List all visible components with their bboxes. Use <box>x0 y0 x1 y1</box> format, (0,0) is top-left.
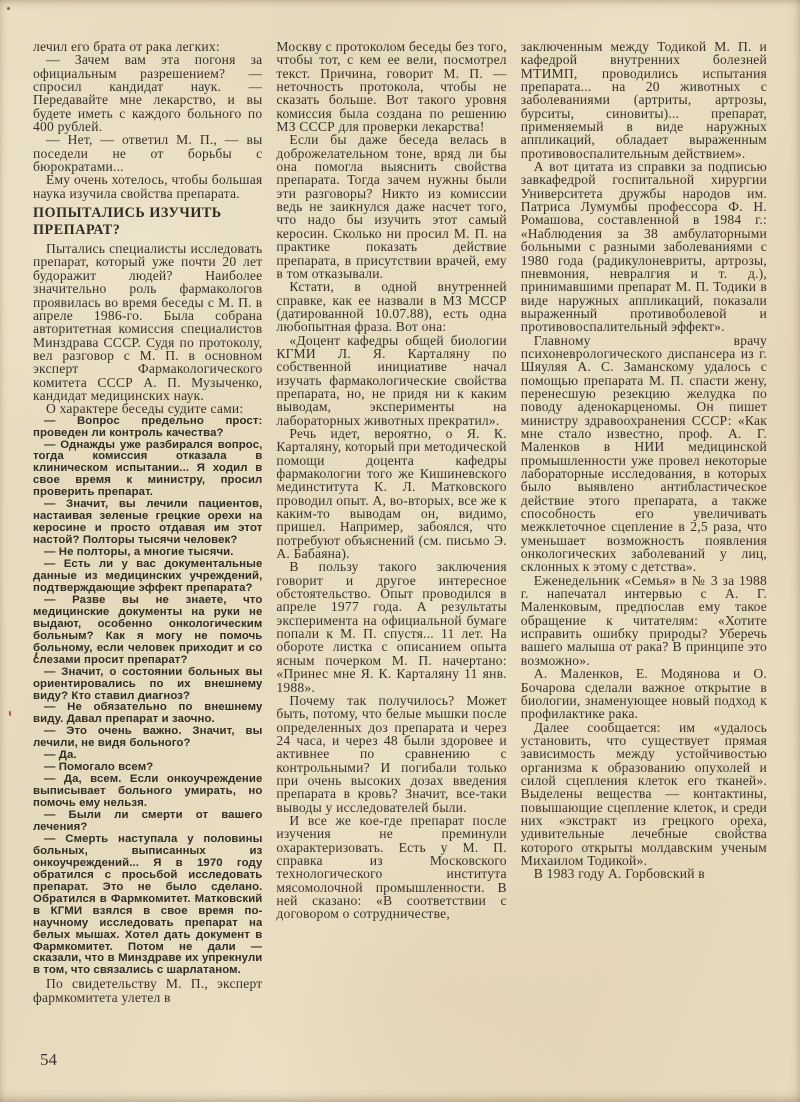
dialogue-paragraph: — Есть ли у вас документальные данные из… <box>33 559 262 595</box>
dialogue-paragraph: — Это очень важно. Значит, вы лечили, не… <box>33 726 262 750</box>
dialogue-paragraph: — Да, всем. Если онкоучреждение выписыва… <box>33 774 262 810</box>
article-columns: лечил его брата от рака легких:— Зачем в… <box>33 40 767 1052</box>
dialogue-paragraph: — Смерть наступала у половины больных, в… <box>33 834 262 977</box>
article-paragraph: Главному врачу психоневрологического дис… <box>521 334 767 574</box>
article-paragraph: — Зачем вам эта погоня за официальным ра… <box>33 53 262 133</box>
article-paragraph: — Нет, — ответил М. П., — вы поседели не… <box>33 133 262 173</box>
article-paragraph: лечил его брата от рака легких: <box>33 40 262 53</box>
dialogue-paragraph: — Однажды уже разбирался вопрос, тогда к… <box>33 440 262 500</box>
article-paragraph: По свидетельству М. П., эксперт фармкоми… <box>33 977 262 1004</box>
article-paragraph: И все же кое-где препарат после изучения… <box>276 814 506 921</box>
magazine-page: { "page": { "number": "54" }, "article":… <box>0 0 800 1102</box>
dialogue-paragraph: — Разве вы не знаете, что медицинские до… <box>33 595 262 667</box>
article-paragraph: А вот цитата из справки за подписью завк… <box>521 160 767 333</box>
page-number: 54 <box>40 1050 57 1070</box>
article-paragraph: заключенным между Тодикой М. П. и кафедр… <box>521 40 767 160</box>
article-paragraph: О характере беседы судите сами: <box>33 402 262 415</box>
article-paragraph: Еженедельник «Семья» в № 3 за 1988 г. на… <box>521 574 767 667</box>
dialogue-paragraph: — Вопрос предельно прост: проведен ли ко… <box>33 416 262 440</box>
article-paragraph: Почему так получилось? Может быть, потом… <box>276 694 506 814</box>
text-column-2: Москву с протоколом беседы без того, что… <box>276 40 506 1052</box>
paper-speck <box>9 711 12 716</box>
dialogue-paragraph: — Значит, вы лечили пациентов, настаивая… <box>33 499 262 547</box>
article-paragraph: «Доцент кафедры общей биологии КГМИ Л. Я… <box>276 334 506 427</box>
dialogue-paragraph: — Значит, о состоянии больных вы ориенти… <box>33 667 262 703</box>
article-paragraph: Москву с протоколом беседы без того, что… <box>276 40 506 133</box>
article-paragraph: В 1983 году А. Горбовский в <box>521 867 767 880</box>
article-paragraph: Кстати, в одной внутренней справке, как … <box>276 280 506 333</box>
section-heading: ПОПЫТАЛИСЬ ИЗУЧИТЬ ПРЕПАРАТ? <box>33 205 262 238</box>
dialogue-paragraph: — Были ли смерти от вашего лечения? <box>33 810 262 834</box>
text-column-1: лечил его брата от рака легких:— Зачем в… <box>33 40 262 1052</box>
article-paragraph: Если бы даже беседа велась в доброжелате… <box>276 133 506 280</box>
article-paragraph: Далее сообщается: им «удалось установить… <box>521 721 767 868</box>
article-paragraph: В пользу такого заключения говорит и дру… <box>276 560 506 693</box>
article-paragraph: А. Маленков, Е. Модянова и О. Бочарова с… <box>521 667 767 720</box>
text-column-3: заключенным между Тодикой М. П. и кафедр… <box>521 40 767 1052</box>
paper-speck <box>7 7 10 10</box>
article-paragraph: Речь идет, вероятно, о Я. К. Карталяну, … <box>276 427 506 560</box>
article-paragraph: Ему очень хотелось, чтобы большая наука … <box>33 173 262 200</box>
dialogue-paragraph: — Не обязательно по внешнему виду. Давал… <box>33 702 262 726</box>
article-paragraph: Пытались специалисты исследовать препара… <box>33 242 262 402</box>
